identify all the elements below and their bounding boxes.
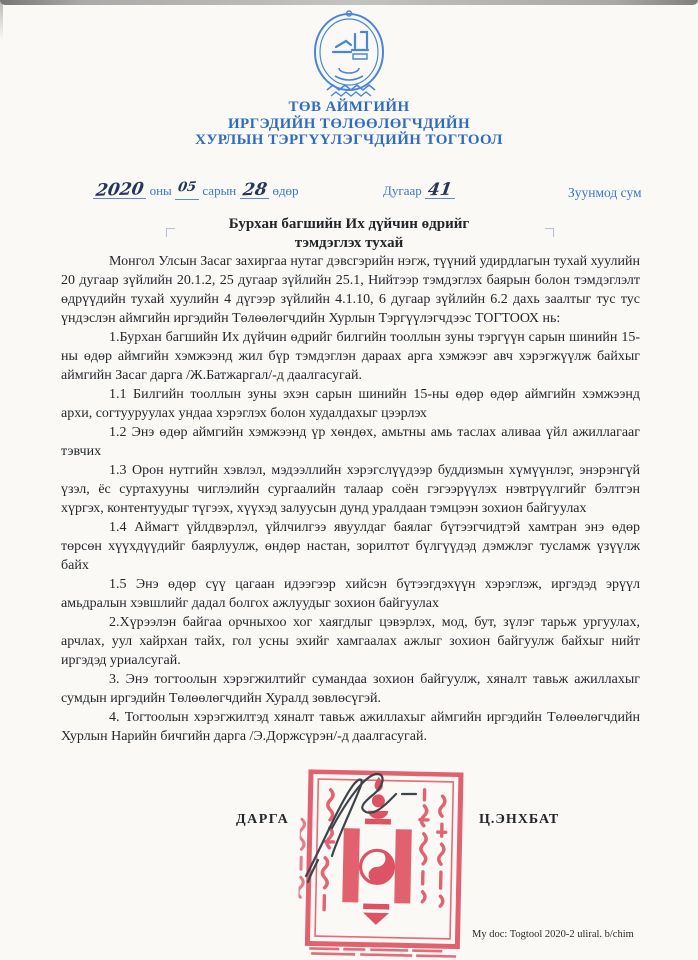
number-field: Дугаар 41 — [383, 183, 455, 199]
day-label: өдөр — [272, 183, 298, 198]
title-line-2: тэмдэглэх тухай — [0, 234, 698, 253]
paragraph-1: 1.Бурхан багшийн Их дүйчин өдрийг билгий… — [61, 328, 640, 385]
date-field: 2020 оны 05 сарын 28 өдөр — [93, 183, 299, 200]
year-label: оны — [150, 183, 172, 198]
number-label: Дугаар — [383, 183, 422, 198]
footer-note: My doc: Togtool 2020-2 uliral. b/chim — [472, 929, 634, 940]
title-line-1: Бурхан багшийн Их дүйчин өдрийг — [0, 215, 698, 234]
paragraph-3: 3. Энэ тогтоолын хэрэгжилтийг сумандаа з… — [61, 670, 640, 708]
handwritten-signature — [288, 768, 448, 893]
paragraph-1-5: 1.5 Энэ өдөр сүү цагаан идээгээр хийсэн … — [61, 575, 640, 613]
scan-edge — [0, 0, 3, 40]
paragraph-1-2: 1.2 Энэ өдөр аймгийн хэмжээнд үр хөндөх,… — [61, 423, 640, 461]
month-label: сарын — [202, 183, 236, 198]
corner-mark-left — [166, 228, 175, 237]
paragraph-4: 4. Тогтоолын хэрэгжилтэд хяналт тавьж аж… — [61, 708, 640, 746]
handwritten-year: 2020 — [95, 182, 145, 199]
handwritten-number: 41 — [427, 183, 453, 199]
scan-edge — [0, 0, 698, 5]
paragraph-2: 2.Хүрээлэн байгаа орчныхоо хог хаягдлыг … — [61, 613, 640, 670]
corner-mark-right — [545, 228, 554, 237]
location-label: Зуунмод сум — [568, 185, 642, 201]
paragraph-1-3: 1.3 Орон нутгийн хэвлэл, мэдээллийн хэрэ… — [61, 461, 640, 518]
document-title: Бурхан багшийн Их дүйчин өдрийг тэмдэглэ… — [0, 215, 698, 252]
paragraph-intro: Монгол Улсын Засаг захиргаа нутаг дэвсгэ… — [61, 252, 640, 328]
date-row: 2020 оны 05 сарын 28 өдөр Дугаар 41 Зуун… — [0, 183, 698, 209]
org-line-2: ИРГЭДИЙН ТӨЛӨӨЛӨГЧДИЙН — [0, 116, 698, 133]
org-line-1: ТӨВ АЙМГИЙН — [0, 99, 698, 116]
mongolia-state-emblem-icon — [289, 10, 409, 107]
org-header: ТӨВ АЙМГИЙН ИРГЭДИЙН ТӨЛӨӨЛӨГЧДИЙН ХУРЛЫ… — [0, 99, 698, 149]
org-line-3: ХУРЛЫН ТЭРГҮҮЛЭГЧДИЙН ТОГТООЛ — [0, 132, 698, 149]
handwritten-month: 05 — [177, 180, 197, 196]
document-body: Монгол Улсын Засаг захиргаа нутаг дэвсгэ… — [61, 252, 640, 746]
scanned-document-page: ТӨВ АЙМГИЙН ИРГЭДИЙН ТӨЛӨӨЛӨГЧДИЙН ХУРЛЫ… — [0, 0, 698, 960]
signer-name: Ц.ЭНХБАТ — [479, 812, 559, 828]
paragraph-1-4: 1.4 Аймагт үйлдвэрлэл, үйлчилгээ явуулда… — [61, 518, 640, 575]
signer-role: ДАРГА — [236, 812, 289, 828]
handwritten-day: 28 — [241, 183, 267, 199]
paragraph-1-1: 1.1 Билгийн тооллын зуны эхэн сарын шини… — [61, 385, 640, 423]
